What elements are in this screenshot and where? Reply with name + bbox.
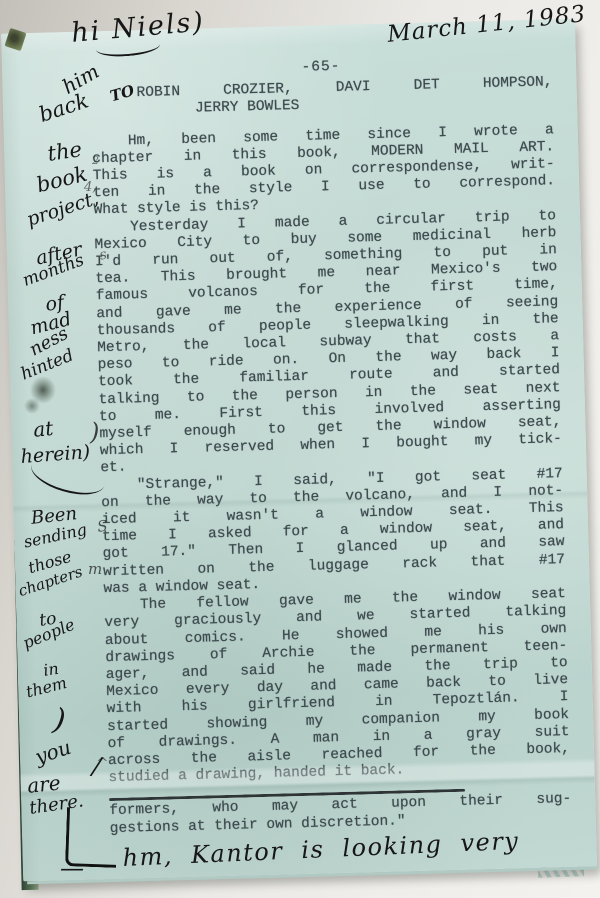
typed-text-column: -65- ROBIN CROZIER, DAVI DET HOMPSON, JE… bbox=[90, 53, 572, 838]
folded-strip: formers, who may act upon their sug-gest… bbox=[109, 786, 572, 837]
photo-of-letter: { "typed": { "page_number": "-65-", "hea… bbox=[0, 0, 600, 898]
letter-page: -65- ROBIN CROZIER, DAVI DET HOMPSON, JE… bbox=[1, 19, 597, 882]
typed-paragraphs: Hm, been some time since I wrote achapte… bbox=[92, 122, 571, 788]
